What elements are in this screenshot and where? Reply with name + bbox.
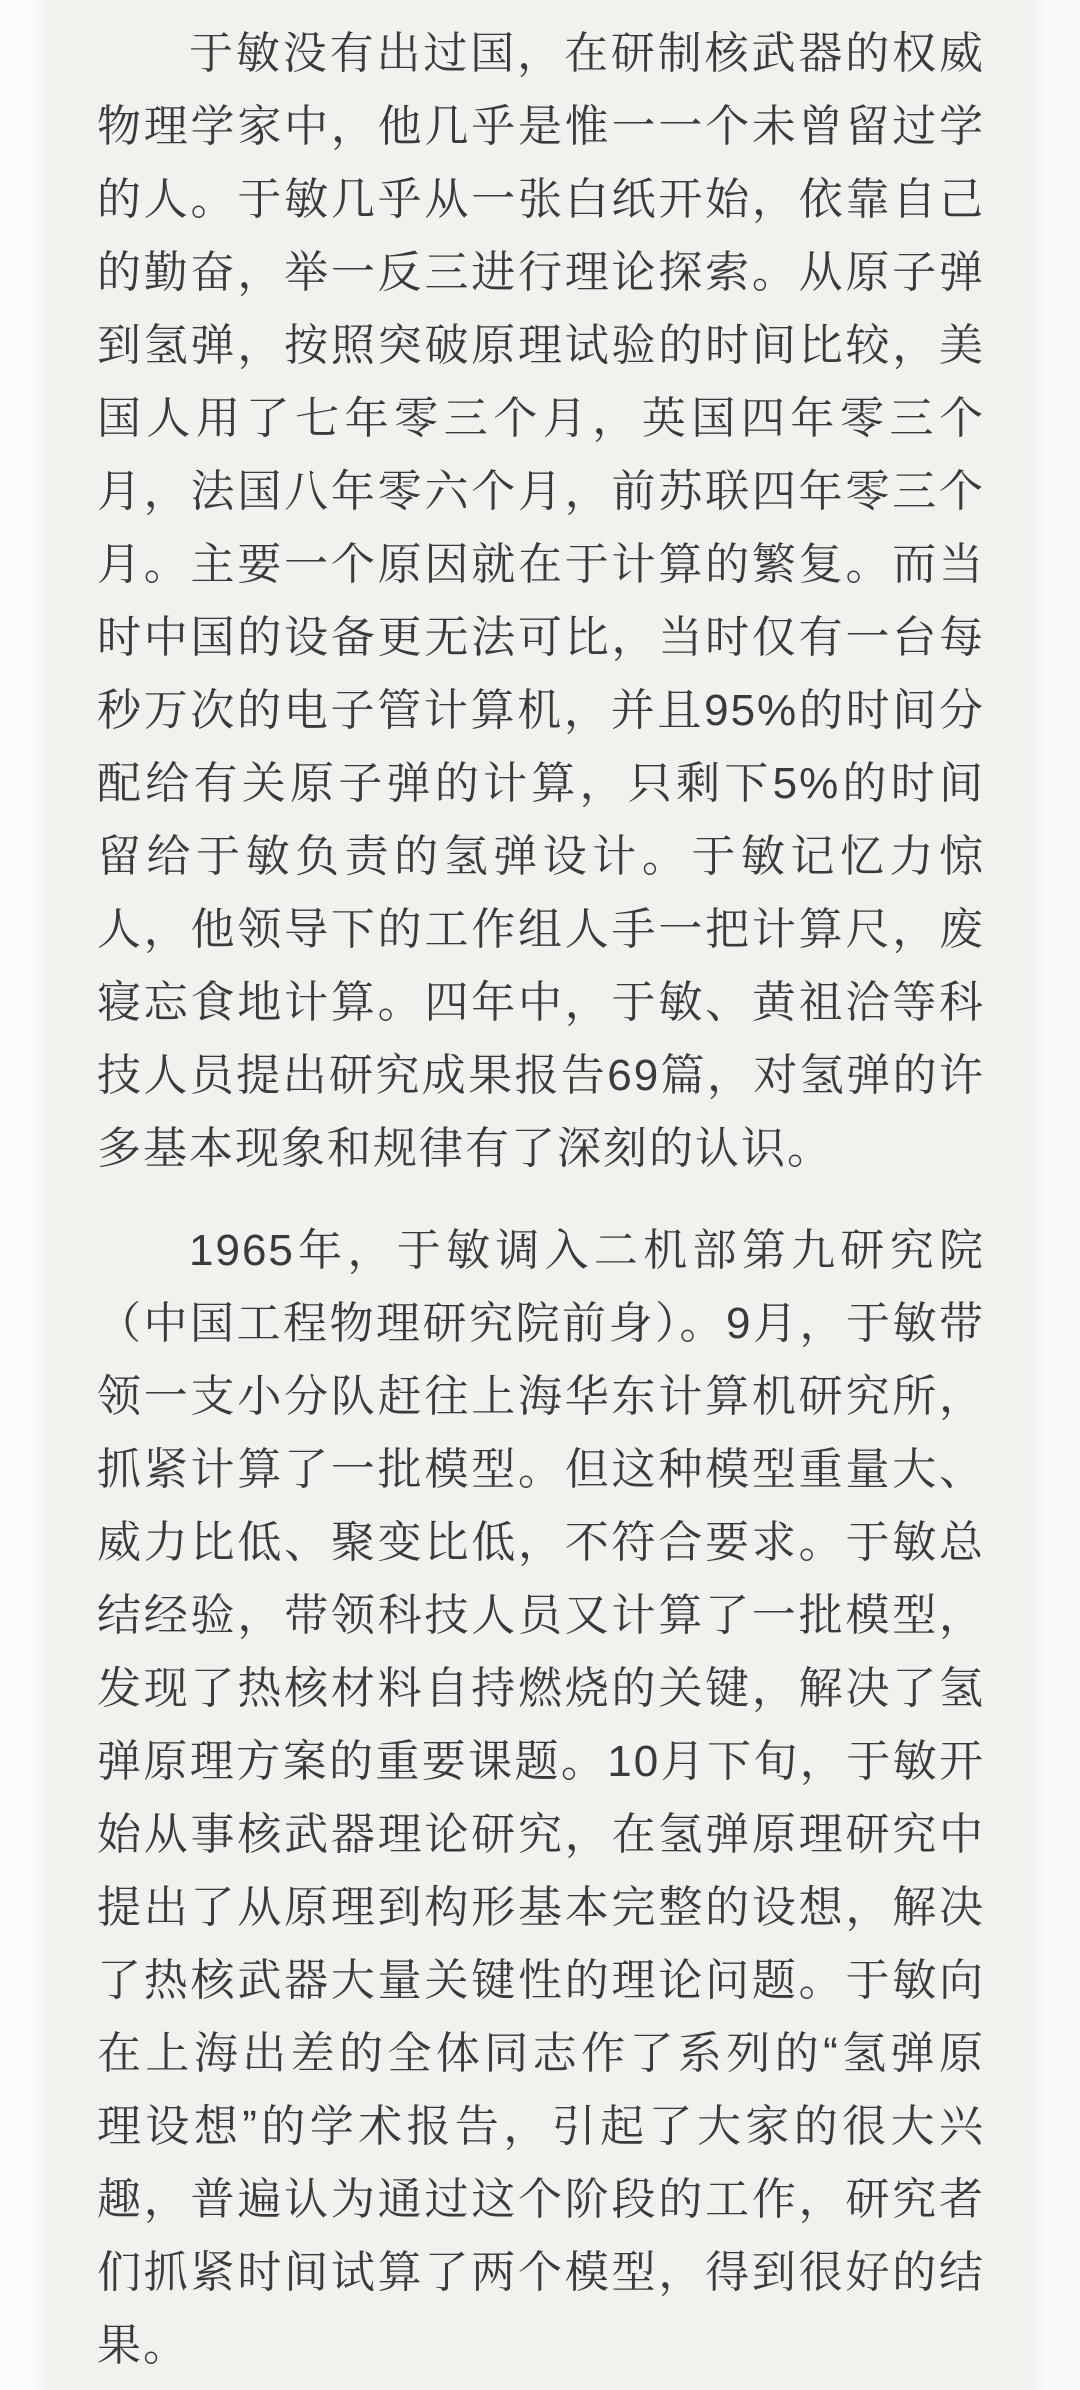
article-text: 于敏没有出过国，在研制核武器的权威物理学家中，他几乎是惟一一个未曾留过学的人。于… <box>97 17 985 2382</box>
reader-screen: { "page": { "background_color": "#f1f1ee… <box>0 0 1080 2390</box>
reading-page[interactable]: 于敏没有出过国，在研制核武器的权威物理学家中，他几乎是惟一一个未曾留过学的人。于… <box>0 0 1080 2390</box>
paragraph-1: 于敏没有出过国，在研制核武器的权威物理学家中，他几乎是惟一一个未曾留过学的人。于… <box>97 17 985 1185</box>
paragraph-2: 1965年，于敏调入二机部第九研究院（中国工程物理研究院前身）。9月，于敏带领一… <box>97 1214 985 2382</box>
